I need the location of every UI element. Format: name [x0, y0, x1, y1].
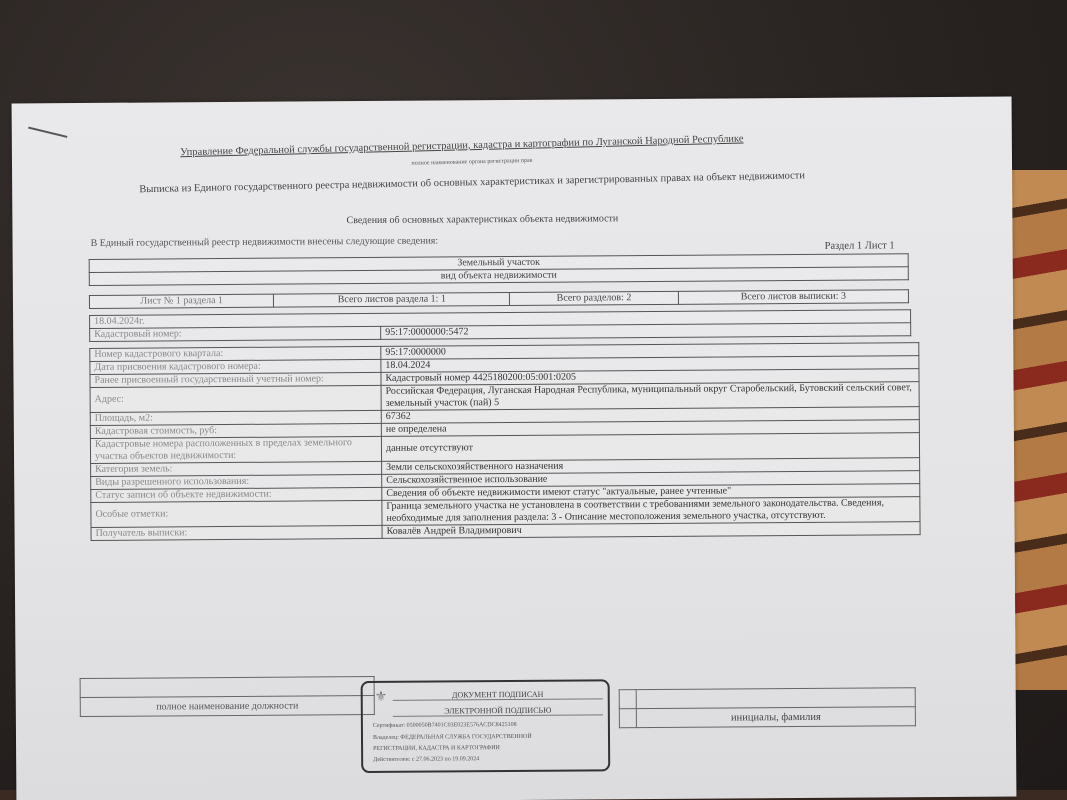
section-title: Сведения об основных характеристиках объ…	[252, 213, 712, 227]
stamp-owner-2: РЕГИСТРАЦИИ, КАДАСТРА И КАРТОГРАФИИ	[373, 745, 500, 752]
stamp-certificate: Сертификат: 0500050B7401C03E023E576ACDC8…	[373, 722, 517, 729]
document-sheet: Управление Федеральной службы государств…	[12, 97, 1017, 800]
cadastral-number-table: 18.04.2024г. Кадастровый номер: 95:17:00…	[89, 309, 911, 342]
row-label: Кадастровые номера расположенных в преде…	[90, 436, 381, 463]
total-sections: Всего разделов: 2	[510, 291, 679, 305]
stamp-validity: Действителен: с 27.06.2023 по 19.09.2024	[373, 756, 479, 763]
row-label: Особые отметки:	[91, 500, 382, 527]
cadastral-number-label: Кадастровый номер:	[90, 326, 381, 341]
intro-text: В Единый государственный реестр недвижим…	[91, 236, 439, 249]
stamp-line-2: ЭЛЕКТРОННОЙ ПОДПИСЬЮ	[393, 705, 603, 716]
pen-mark	[28, 127, 67, 138]
position-caption: полное наименование должности	[80, 695, 374, 716]
coat-of-arms-icon: ⚜	[375, 689, 389, 707]
sheet-reference: Раздел 1 Лист 1	[825, 240, 895, 251]
position-signature-field: полное наименование должности	[80, 676, 375, 717]
total-sheets: Всего листов выписки: 3	[678, 290, 908, 305]
sheet-number: Лист № 1 раздела 1	[89, 294, 274, 308]
row-value: Российская Федерация, Луганская Народная…	[381, 382, 919, 411]
extract-title: Выписка из Единого государственного реес…	[112, 170, 832, 196]
row-value: данные отсутствуют	[381, 433, 919, 462]
row-label: Адрес:	[90, 385, 381, 412]
name-caption: инициалы, фамилия	[636, 707, 915, 728]
cadastral-number-value: 95:17:0000000:5472	[381, 323, 911, 340]
organization-title: Управление Федеральной службы государств…	[162, 133, 762, 159]
stamp-owner-1: Владелец: ФЕДЕРАЛЬНАЯ СЛУЖБА ГОСУДАРСТВЕ…	[373, 734, 532, 741]
name-signature-field: инициалы, фамилия	[619, 687, 916, 728]
characteristics-table: Номер кадастрового квартала:95:17:000000…	[89, 342, 920, 541]
row-value: Граница земельного участка не установлен…	[382, 497, 920, 526]
object-type-table: Земельный участок вид объекта недвижимос…	[89, 253, 909, 286]
sheet-counts-table: Лист № 1 раздела 1 Всего листов раздела …	[89, 289, 909, 309]
stamp-line-1: ДОКУМЕНТ ПОДПИСАН	[393, 689, 603, 700]
row-label: Получатель выписки:	[91, 525, 382, 540]
section-sheets-count: Всего листов раздела 1: 1	[274, 293, 510, 308]
electronic-signature-stamp: ⚜ ДОКУМЕНТ ПОДПИСАН ЭЛЕКТРОННОЙ ПОДПИСЬЮ…	[361, 679, 611, 773]
organization-caption: полное наименование органа регистрации п…	[272, 154, 672, 170]
